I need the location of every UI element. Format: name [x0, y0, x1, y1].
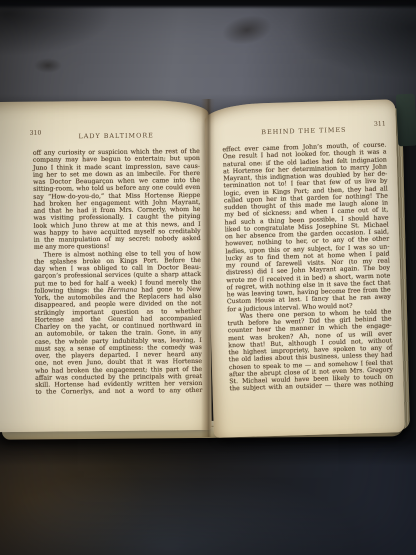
paragraph: There is almost nothing else to tell you… [34, 249, 203, 396]
left-page-text: off any curiosity or suspicion which the… [33, 148, 203, 396]
right-page-content: BEHIND THE TIMES 311 effect ever came fr… [222, 125, 394, 393]
text-line: to the Cornerlys, and not a word to any … [35, 387, 202, 396]
open-book: 310 LADY BALTIMORE off any curiosity or … [0, 0, 416, 555]
book-cover-corner [396, 94, 416, 147]
paragraph: Was there one person to whom he told the… [227, 308, 393, 393]
book-gutter-shadow [201, 99, 215, 437]
right-page-number: 311 [374, 121, 386, 128]
right-page: BEHIND THE TIMES 311 effect ever came fr… [204, 99, 405, 438]
paragraph: off any curiosity or suspicion which the… [33, 148, 201, 251]
right-page-header: BEHIND THE TIMES 311 [222, 125, 386, 141]
left-page: 310 LADY BALTIMORE off any curiosity or … [0, 100, 212, 432]
right-running-head: BEHIND THE TIMES [222, 125, 386, 138]
right-page-text: effect ever came from John’s mouth, of c… [222, 142, 393, 393]
left-page-content: 310 LADY BALTIMORE off any curiosity or … [33, 131, 203, 396]
left-page-header: 310 LADY BALTIMORE [33, 131, 200, 144]
photo-canvas: 310 LADY BALTIMORE off any curiosity or … [0, 0, 416, 555]
left-running-head: LADY BALTIMORE [33, 131, 200, 141]
paragraph: effect ever came from John’s mouth, of c… [222, 142, 391, 314]
